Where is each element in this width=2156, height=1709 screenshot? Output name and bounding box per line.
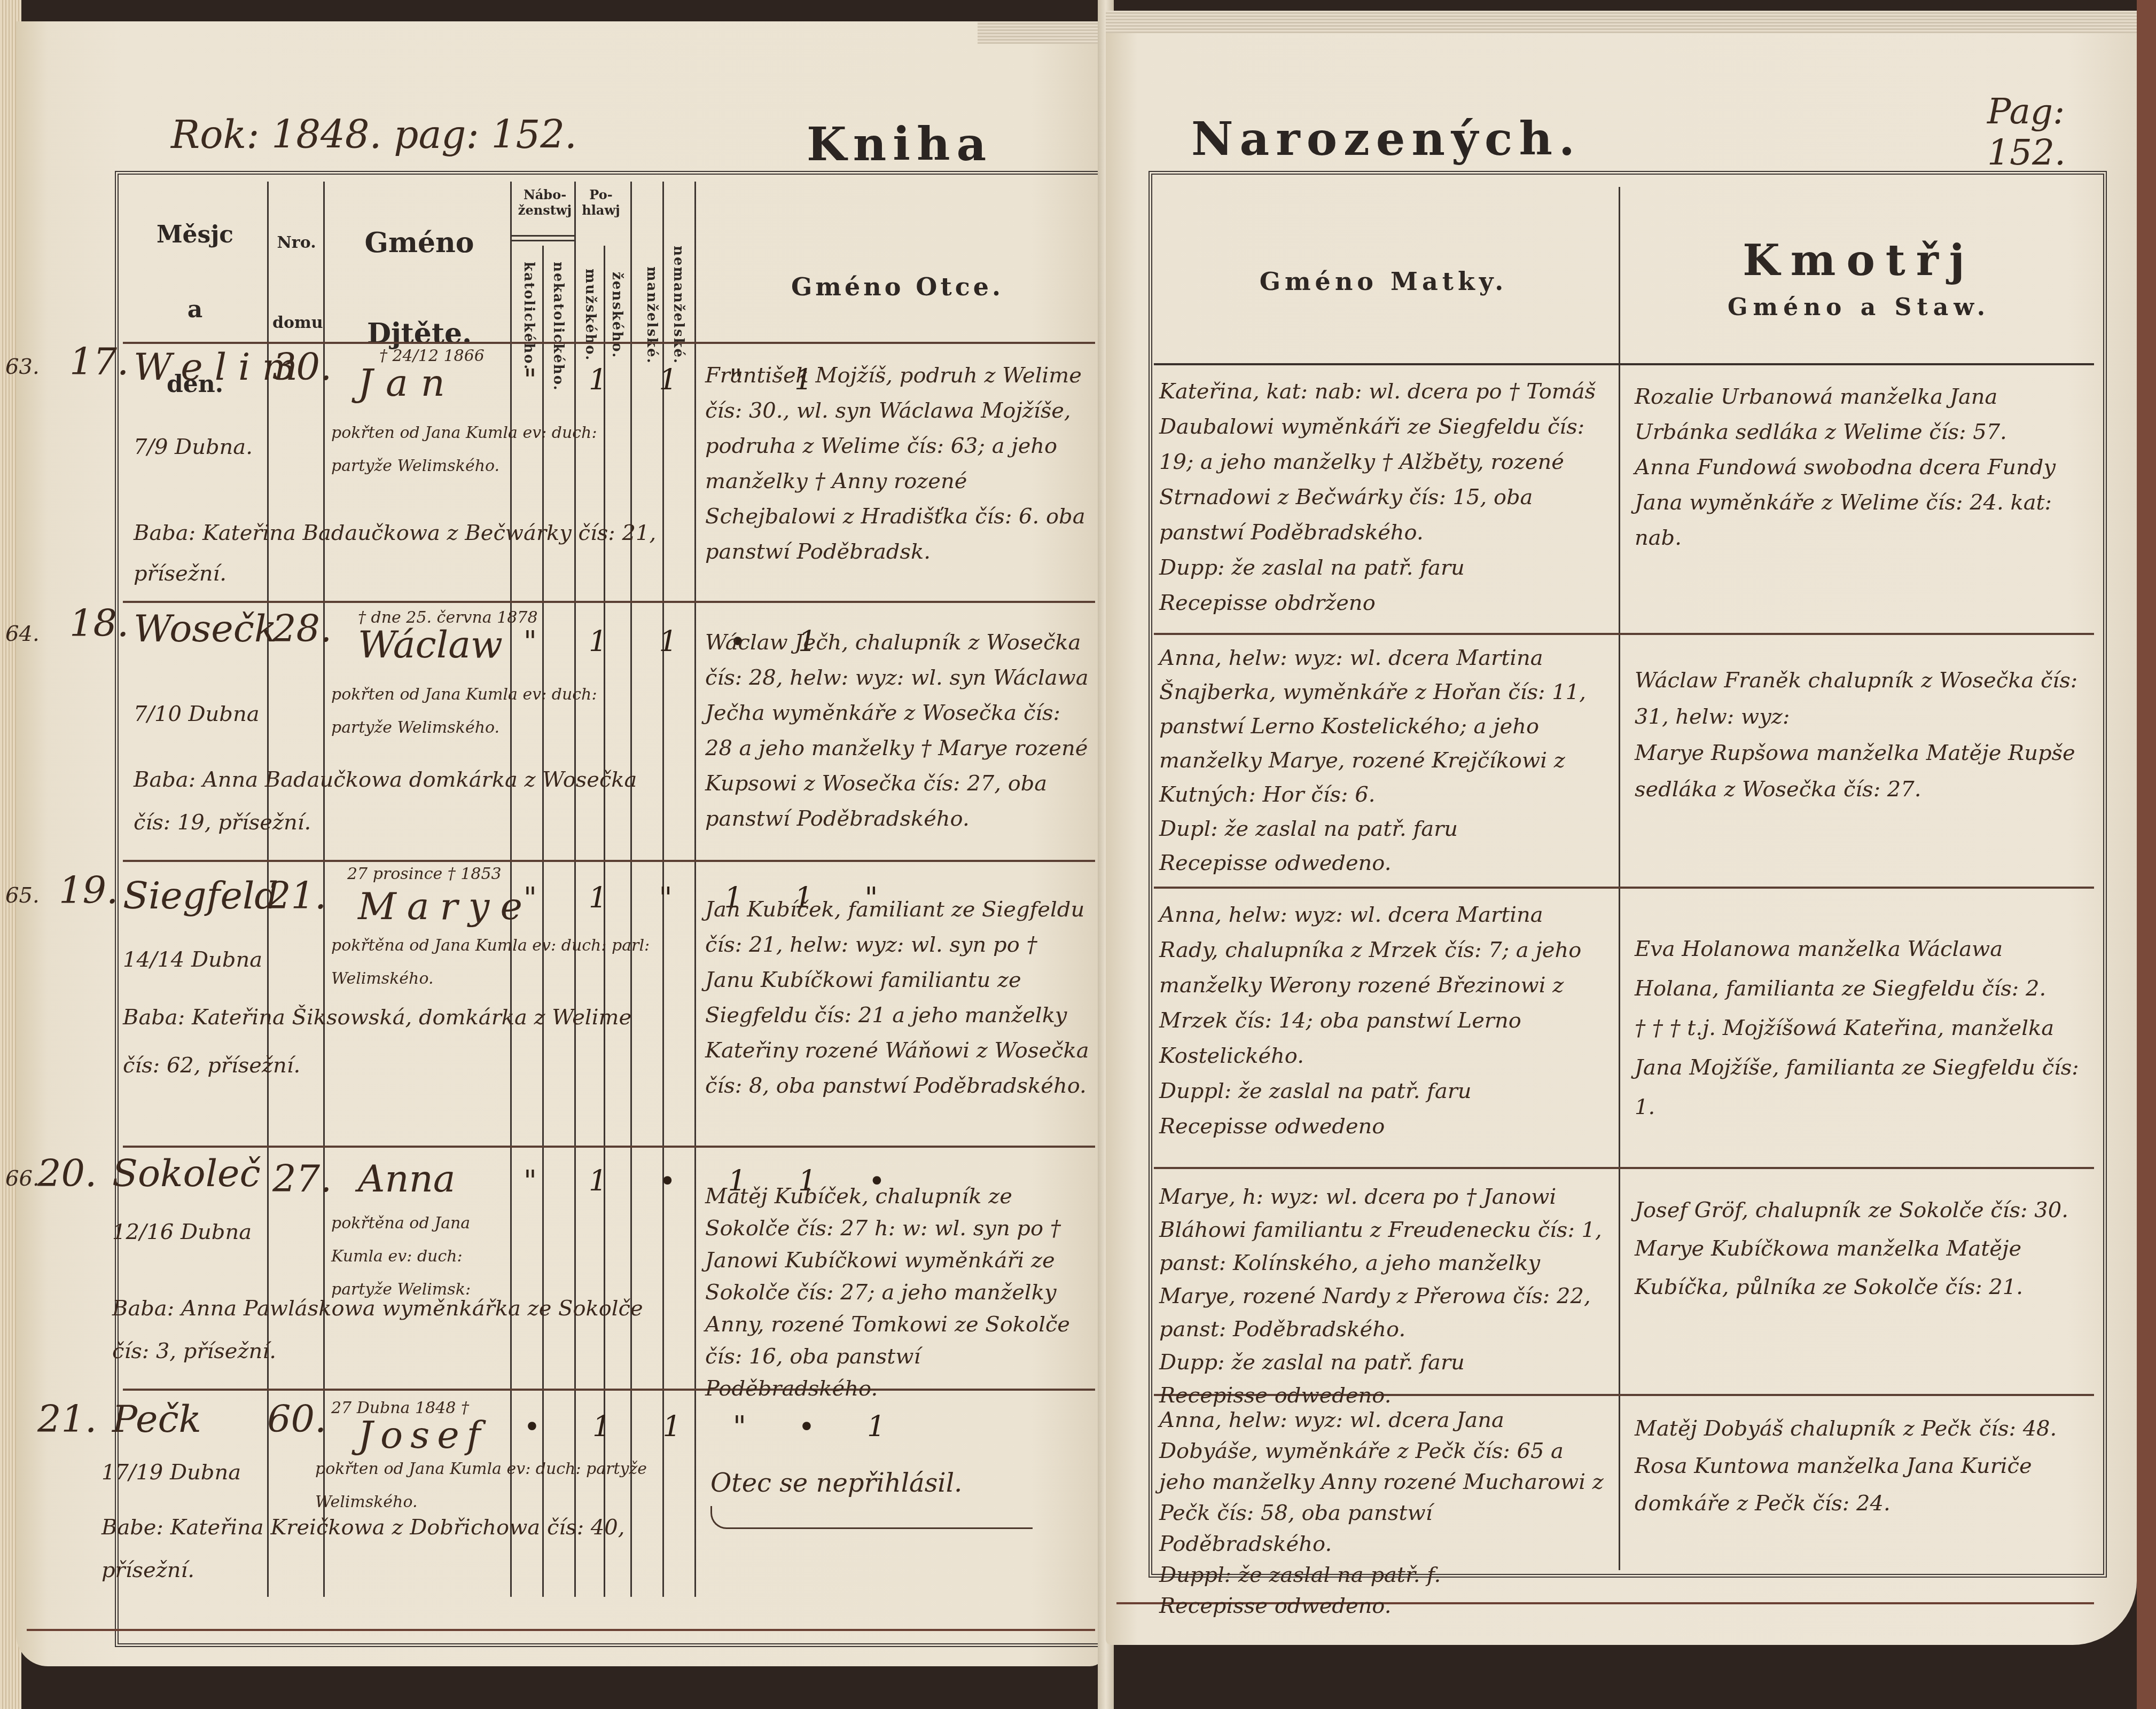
child-name: Anna: [358, 1159, 455, 1198]
mother-name: Anna, helw: wyz: wl. dcera Martina Šnajb…: [1159, 641, 1608, 880]
book-binding-edge: [2137, 0, 2156, 1709]
title-left: Kniha: [807, 117, 993, 171]
father-name: Wáclaw Ječh, chalupník z Wosečka čís: 28…: [705, 625, 1090, 836]
child-name: Jan: [358, 363, 458, 403]
midwife: Babe: Kateřina Kreičkowa z Dobřichowa čí…: [101, 1506, 657, 1592]
page-header-handwritten: Rok: 1848. pag: 152.: [171, 112, 577, 157]
subheader-rule: [510, 235, 574, 241]
column-header-male: mužského.: [582, 262, 598, 369]
row-separator: [1154, 887, 2094, 889]
house-number: 60.: [267, 1399, 326, 1439]
flourish-line: [710, 1506, 1033, 1529]
mother-name: Kateřina, kat: nab: wl. dcera po † Tomáš…: [1159, 374, 1608, 621]
right-page: Narozených. Pag: 152. Gméno Matky. Kmotř…: [1106, 11, 2137, 1645]
child-name: Marye: [358, 887, 533, 926]
column-header-godparents: Kmotřj: [1624, 235, 2094, 285]
column-header-female: ženského.: [609, 262, 625, 369]
place: Sokoleč: [112, 1154, 261, 1193]
column-header-religion: Nábo-ženstwj: [515, 187, 574, 218]
house-number: 27.: [272, 1159, 332, 1198]
house-number: 30.: [272, 347, 332, 387]
page-top-edge: [1106, 11, 2137, 33]
row-number: 65.: [5, 876, 40, 915]
entry-number: 19.: [59, 871, 118, 910]
midwife: Baba: Anna Badaučkowa domkárka z Wosečka…: [134, 758, 668, 844]
column-header-godparents-sub: Gméno a Staw.: [1624, 294, 2094, 321]
mother-name: Marye, h: wyz: wl. dcera po † Janowi Blá…: [1159, 1180, 1608, 1412]
midwife: Baba: Kateřina Badaučkowa z Bečwárky čís…: [134, 513, 668, 594]
column-header-noncatholic: nekatolického.: [550, 262, 566, 369]
row-number: 63.: [5, 347, 40, 387]
row-number: 64.: [5, 614, 40, 654]
column-header-sex: Po-hlawj: [580, 187, 622, 218]
godparents: Rozalie Urbanowá manželka Jana Urbánka s…: [1635, 379, 2089, 555]
column-header-catholic: katolického.: [521, 262, 537, 369]
column-header-illegitimate: nemanželské.: [670, 246, 686, 363]
place: Wosečk: [134, 609, 277, 648]
entry-number: 18.: [69, 603, 129, 643]
column-header-legitimate: manželské.: [644, 262, 660, 369]
column-header-house-number: Nro. domu: [272, 203, 321, 363]
header-line: a: [128, 272, 262, 347]
row-separator: [1154, 363, 2094, 365]
baptism-note: pokřten od Jana Kumla ev: duch: partyže …: [331, 678, 652, 744]
row-separator: [123, 1146, 1095, 1148]
row-separator: [123, 342, 1095, 344]
place: Pečk: [112, 1399, 201, 1439]
header-line: Nro.: [272, 203, 321, 283]
header-line: Měsjc: [128, 198, 262, 272]
house-number: 28.: [272, 609, 332, 648]
birth-date: 14/14 Dubna: [123, 940, 262, 979]
birth-date: 17/19 Dubna: [101, 1453, 241, 1492]
house-number: 21.: [267, 876, 326, 915]
column-header-mother: Gméno Matky.: [1154, 267, 1613, 296]
page-end-rule: [27, 1629, 1095, 1631]
godparents: Wáclaw Franěk chalupník z Wosečka čís: 3…: [1635, 662, 2089, 808]
mother-name: Anna, helw: wyz: wl. dcera Martina Rady,…: [1159, 897, 1608, 1144]
row-separator: [123, 860, 1095, 862]
godparents: Eva Holanowa manželka Wáclawa Holana, fa…: [1635, 929, 2089, 1127]
entry-number: 17.: [69, 342, 129, 381]
row-separator: [1154, 1167, 2094, 1169]
baptism-note: pokřten od Jana Kumla ev: duch: partyže …: [331, 417, 652, 483]
mother-name: Anna, helw: wyz: wl. dcera Jana Dobyáše,…: [1159, 1405, 1608, 1621]
baptism-note: pokřtěna od Jana Kumla ev: duch: parl: W…: [331, 929, 652, 995]
left-page: Rok: 1848. pag: 152. Kniha Měsjc a den. …: [16, 21, 1106, 1666]
midwife: Baba: Anna Pawláskowa wyměnkářka ze Soko…: [112, 1287, 668, 1373]
row-number: 66.: [5, 1159, 40, 1198]
header-line: Gméno: [331, 198, 507, 288]
row-separator: [1154, 633, 2094, 635]
column-divider: [1619, 187, 1620, 1570]
row-separator: [123, 601, 1095, 603]
child-name: Wáclaw: [358, 625, 503, 664]
column-marks: • 1 1 " • 1: [524, 1410, 907, 1444]
entry-number: 20.: [37, 1154, 97, 1193]
father-name: Otec se nepřihlásil.: [710, 1463, 1084, 1503]
title-right: Narozených.: [1191, 112, 1581, 166]
father-name: Matěj Kubíček, chalupník ze Sokolče čís:…: [705, 1180, 1090, 1405]
godparents: Josef Gröf, chalupník ze Sokolče čís: 30…: [1635, 1191, 2089, 1306]
place: Siegfeld: [123, 876, 278, 915]
father-name: Jan Kubíček, familiant ze Siegfeldu čís:…: [705, 892, 1090, 1103]
birth-date: 12/16 Dubna: [112, 1212, 252, 1252]
father-name: František Mojžíš, podruh z Welime čís: 3…: [705, 358, 1090, 569]
midwife: Baba: Kateřina Šiksowská, domkárka z Wel…: [123, 993, 657, 1089]
birth-date: 7/10 Dubna: [134, 694, 260, 734]
page-top-edge: [978, 21, 1106, 44]
birth-date: 7/9 Dubna.: [134, 427, 253, 467]
entry-number: 21.: [37, 1399, 97, 1439]
page-header-handwritten: Pag: 152.: [1987, 91, 2137, 173]
godparents: Matěj Dobyáš chalupník z Pečk čís: 48. R…: [1635, 1410, 2089, 1522]
child-name: Josef: [358, 1415, 488, 1455]
column-header-father: Gméno Otce.: [705, 272, 1090, 301]
